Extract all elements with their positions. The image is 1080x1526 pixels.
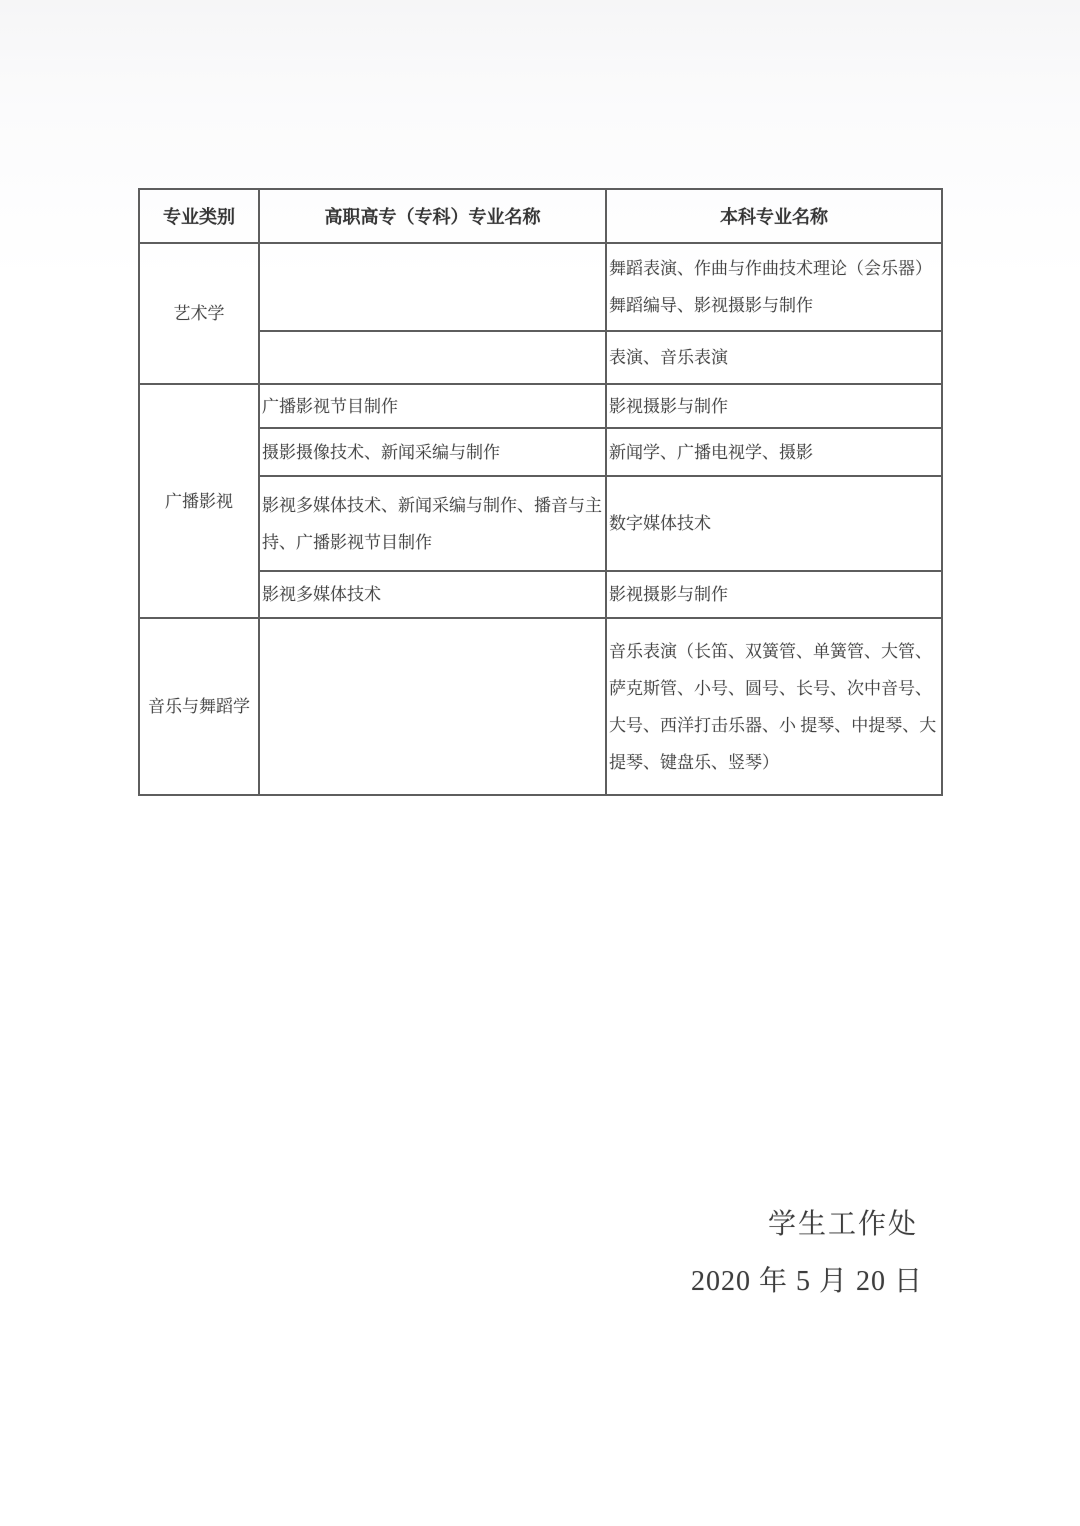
table-row: 广播影视 广播影视节目制作 影视摄影与制作 <box>139 384 942 428</box>
undergrad-major-cell: 表演、音乐表演 <box>606 331 942 384</box>
college-major-cell <box>259 243 606 331</box>
undergrad-major-cell: 影视摄影与制作 <box>606 384 942 428</box>
table-row: 影视多媒体技术、新闻采编与制作、播音与主持、广播影视节目制作 数字媒体技术 <box>139 476 942 571</box>
column-header-college-major: 高职高专（专科）专业名称 <box>259 189 606 243</box>
document-page: 专业类别 高职高专（专科）专业名称 本科专业名称 艺术学 舞蹈表演、作曲与作曲技… <box>0 0 1080 1526</box>
table-header-row: 专业类别 高职高专（专科）专业名称 本科专业名称 <box>139 189 942 243</box>
undergrad-major-cell: 舞蹈表演、作曲与作曲技术理论（会乐器）舞蹈编导、影视摄影与制作 <box>606 243 942 331</box>
column-header-category: 专业类别 <box>139 189 259 243</box>
majors-table: 专业类别 高职高专（专科）专业名称 本科专业名称 艺术学 舞蹈表演、作曲与作曲技… <box>138 188 943 796</box>
signature-office: 学生工作处 <box>768 1202 918 1242</box>
college-major-cell: 影视多媒体技术 <box>259 571 606 618</box>
table-row: 摄影摄像技术、新闻采编与制作 新闻学、广播电视学、摄影 <box>139 428 942 476</box>
table-row: 音乐与舞蹈学 音乐表演（长笛、双簧管、单簧管、大管、萨克斯管、小号、圆号、长号、… <box>139 618 942 795</box>
table-row: 艺术学 舞蹈表演、作曲与作曲技术理论（会乐器）舞蹈编导、影视摄影与制作 <box>139 243 942 331</box>
table-row: 影视多媒体技术 影视摄影与制作 <box>139 571 942 618</box>
undergrad-major-cell: 新闻学、广播电视学、摄影 <box>606 428 942 476</box>
signature-date: 2020 年 5 月 20 日 <box>691 1259 923 1299</box>
table-row: 表演、音乐表演 <box>139 331 942 384</box>
college-major-cell <box>259 331 606 384</box>
category-cell-broadcast-film: 广播影视 <box>139 384 259 618</box>
undergrad-major-cell: 数字媒体技术 <box>606 476 942 571</box>
category-cell-art: 艺术学 <box>139 243 259 384</box>
category-cell-music-dance: 音乐与舞蹈学 <box>139 618 259 795</box>
college-major-cell: 广播影视节目制作 <box>259 384 606 428</box>
undergrad-major-cell: 音乐表演（长笛、双簧管、单簧管、大管、萨克斯管、小号、圆号、长号、次中音号、大号… <box>606 618 942 795</box>
undergrad-major-cell: 影视摄影与制作 <box>606 571 942 618</box>
college-major-cell: 影视多媒体技术、新闻采编与制作、播音与主持、广播影视节目制作 <box>259 476 606 571</box>
column-header-undergrad-major: 本科专业名称 <box>606 189 942 243</box>
college-major-cell <box>259 618 606 795</box>
college-major-cell: 摄影摄像技术、新闻采编与制作 <box>259 428 606 476</box>
